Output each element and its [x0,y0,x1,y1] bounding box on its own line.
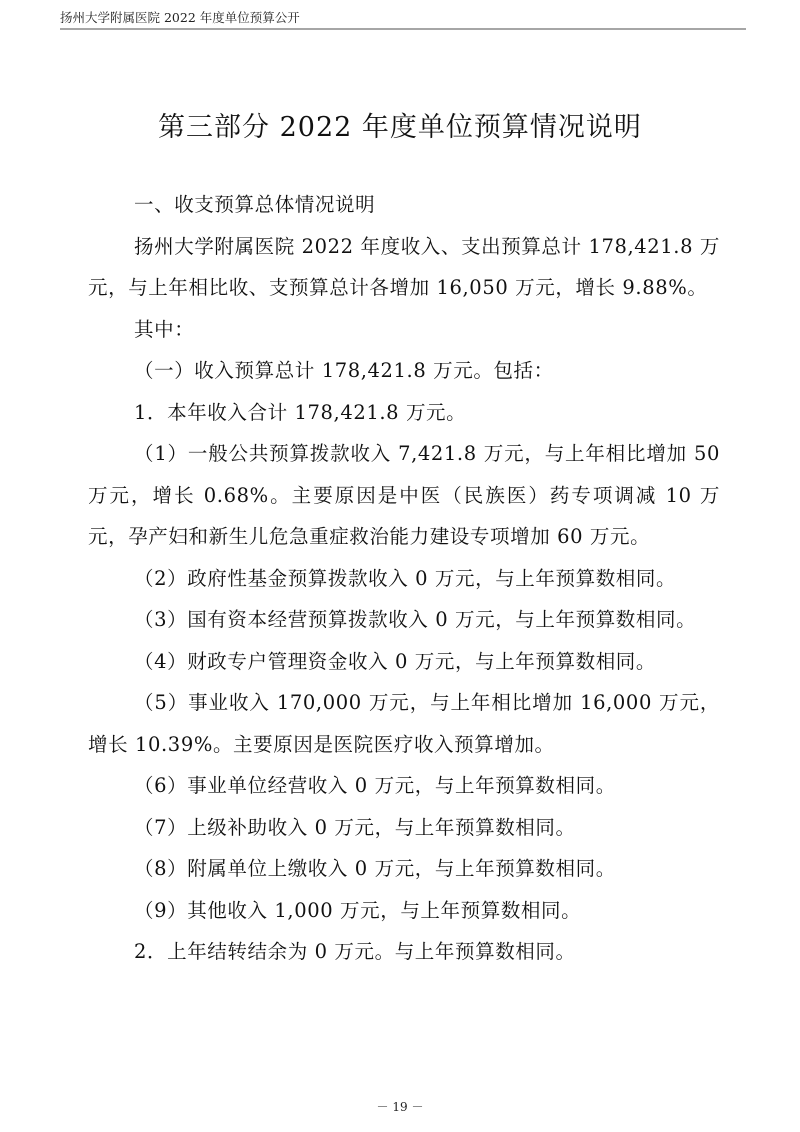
paragraph-current-year-income: 1．本年收入合计 178,421.8 万元。 [88,392,720,434]
paragraph-prior-year-carryover: 2．上年结转结余为 0 万元。与上年预算数相同。 [88,931,720,973]
paragraph-among: 其中： [88,309,720,351]
paragraph-operating-income: （6）事业单位经营收入 0 万元，与上年预算数相同。 [88,765,720,807]
paragraph-business-income: （5）事业收入 170,000 万元，与上年相比增加 16,000 万元，增长 … [88,682,720,765]
page-number: － 19 － [0,1097,800,1117]
paragraph-government-fund: （2）政府性基金预算拨款收入 0 万元，与上年预算数相同。 [88,558,720,600]
paragraph-subsidiary-remittance: （8）附属单位上缴收入 0 万元，与上年预算数相同。 [88,848,720,890]
paragraph-special-account: （4）财政专户管理资金收入 0 万元，与上年预算数相同。 [88,641,720,683]
document-body: 一、收支预算总体情况说明 扬州大学附属医院 2022 年度收入、支出预算总计 1… [88,184,720,973]
paragraph-income-total: （一）收入预算总计 178,421.8 万元。包括： [88,350,720,392]
section-heading: 一、收支预算总体情况说明 [88,184,720,226]
paragraph-general-public-budget: （1）一般公共预算拨款收入 7,421.8 万元，与上年相比增加 50 万元，增… [88,433,720,558]
running-header: 扬州大学附属医院 2022 年度单位预算公开 [60,8,746,30]
document-title: 第三部分 2022 年度单位预算情况说明 [0,108,800,148]
paragraph-other-income: （9）其他收入 1,000 万元，与上年预算数相同。 [88,890,720,932]
paragraph-superior-subsidy: （7）上级补助收入 0 万元，与上年预算数相同。 [88,807,720,849]
paragraph-budget-total: 扬州大学附属医院 2022 年度收入、支出预算总计 178,421.8 万元，与… [88,226,720,309]
paragraph-state-capital: （3）国有资本经营预算拨款收入 0 万元，与上年预算数相同。 [88,599,720,641]
